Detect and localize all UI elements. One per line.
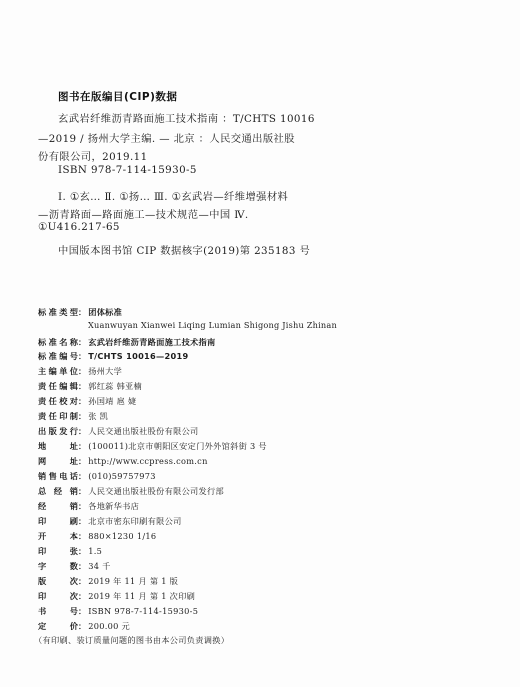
label: 印次 (38, 591, 78, 602)
cip-line-1: 玄武岩纤维沥青路面施工技术指南 ：T/CHTS 10016 (58, 110, 315, 125)
label: 责任印制 (38, 411, 78, 422)
cip-line-2: —2019 / 扬州大学主编. — 北京 ：人民交通出版社股 (38, 130, 295, 145)
value: 200.00 元 (88, 621, 130, 632)
label: 版次 (38, 576, 78, 587)
cip-subject-line-2: —沥青路面—路面施工—技术规范—中国 Ⅳ. (38, 206, 249, 221)
label: 网址 (38, 456, 78, 467)
value: 各地新华书店 (88, 501, 139, 512)
row-address: 地址 ： (100011)北京市朝阳区安定门外外馆斜街 3 号 (38, 439, 267, 453)
row-printer: 印刷 ： 北京市密东印刷有限公司 (38, 514, 182, 528)
row-proofreader: 责任校对 ： 孙国靖 扈 婕 (38, 394, 136, 408)
value: 玄武岩纤维沥青路面施工技术指南 (88, 337, 215, 348)
value: 2019 年 11 月 第 1 版 (88, 576, 178, 587)
label: 标准编号 (38, 351, 78, 362)
value: (100011)北京市朝阳区安定门外外馆斜街 3 号 (88, 441, 267, 452)
row-isbn: 书号 ： ISBN 978-7-114-15930-5 (38, 604, 198, 618)
value: 扬州大学 (88, 366, 122, 377)
row-general-distributor: 总经销 ： 人民交通出版社股份有限公司发行部 (38, 484, 224, 498)
row-word-count: 字数 ： 34 千 (38, 559, 111, 573)
value: 880×1230 1/16 (88, 531, 156, 541)
label: 责任编辑 (38, 381, 78, 392)
cip-subject-line-1: Ⅰ. ①玄… Ⅱ. ①扬… Ⅲ. ①玄武岩—纤维增强材料 (58, 188, 288, 203)
value: 团体标准 (88, 307, 122, 318)
label: 开本 (38, 531, 78, 542)
value: ISBN 978-7-114-15930-5 (88, 606, 198, 616)
row-sales-phone: 销售电话 ： (010)59757973 (38, 469, 156, 483)
label: 出版发行 (38, 426, 78, 437)
label: 印张 (38, 546, 78, 557)
row-impression: 印次 ： 2019 年 11 月 第 1 次印刷 (38, 589, 195, 603)
value: 人民交通出版社股份有限公司 (88, 426, 198, 437)
value: 人民交通出版社股份有限公司发行部 (88, 486, 224, 497)
row-responsible-editor: 责任编辑 ： 郭红蕊 韩亚楠 (38, 379, 142, 393)
label: 标准名称 (38, 337, 78, 348)
cip-heading: 图书在版编目(CIP)数据 (58, 89, 177, 104)
row-editor-org: 主编单位 ： 扬州大学 (38, 364, 122, 378)
row-format: 开本 ： 880×1230 1/16 (38, 529, 156, 543)
value: 34 千 (88, 561, 110, 572)
value: 郭红蕊 韩亚楠 (88, 381, 142, 392)
value: 2019 年 11 月 第 1 次印刷 (88, 591, 195, 602)
row-edition: 版次 ： 2019 年 11 月 第 1 版 (38, 574, 178, 588)
row-print-supervisor: 责任印制 ： 张 凯 (38, 409, 108, 423)
value: 北京市密东印刷有限公司 (88, 516, 181, 527)
cip-isbn: ISBN 978-7-114-15930-5 (58, 164, 197, 176)
cip-line-3: 份有限公司，2019.11 (38, 148, 148, 163)
cip-verification-number: 中国版本图书馆 CIP 数据核字(2019)第 235183 号 (58, 242, 310, 257)
row-publisher: 出版发行 ： 人民交通出版社股份有限公司 (38, 424, 199, 438)
label: 字数 (38, 561, 78, 572)
value: (010)59757973 (88, 471, 156, 481)
label: 书号 (38, 606, 78, 617)
label: 地址 (38, 441, 78, 452)
row-distributor: 经销 ： 各地新华书店 (38, 499, 139, 513)
label: 主编单位 (38, 366, 78, 377)
row-standard-type: 标准类型 ： 团体标准 (38, 305, 122, 319)
row-price: 定价 ： 200.00 元 (38, 619, 130, 633)
label: 销售电话 (38, 471, 78, 482)
row-sheets: 印张 ： 1.5 (38, 544, 102, 558)
value: T/CHTS 10016—2019 (88, 351, 188, 361)
value: 孙国靖 扈 婕 (88, 396, 136, 407)
row-standard-number: 标准编号 ： T/CHTS 10016—2019 (38, 349, 189, 363)
label: 定价 (38, 621, 78, 632)
quality-notice: （有印刷、装订质量问题的图书由本公司负责调换） (34, 635, 229, 646)
cip-classification: ①U416.217-65 (38, 221, 120, 233)
website-link: http://www.ccpress.com.cn (88, 456, 207, 466)
value: 1.5 (88, 546, 102, 556)
label: 总经销 (38, 486, 78, 497)
row-website: 网址 ： http://www.ccpress.com.cn (38, 454, 208, 468)
label: 经销 (38, 501, 78, 512)
row-standard-name: 标准名称 ： 玄武岩纤维沥青路面施工技术指南 (38, 335, 216, 349)
pinyin-title: Xuanwuyan Xianwei Liqing Lumian Shigong … (88, 320, 337, 330)
label: 标准类型 (38, 307, 78, 318)
value: 张 凯 (88, 411, 108, 422)
copyright-page: 图书在版编目(CIP)数据 玄武岩纤维沥青路面施工技术指南 ：T/CHTS 10… (0, 0, 520, 687)
label: 责任校对 (38, 396, 78, 407)
label: 印刷 (38, 516, 78, 527)
